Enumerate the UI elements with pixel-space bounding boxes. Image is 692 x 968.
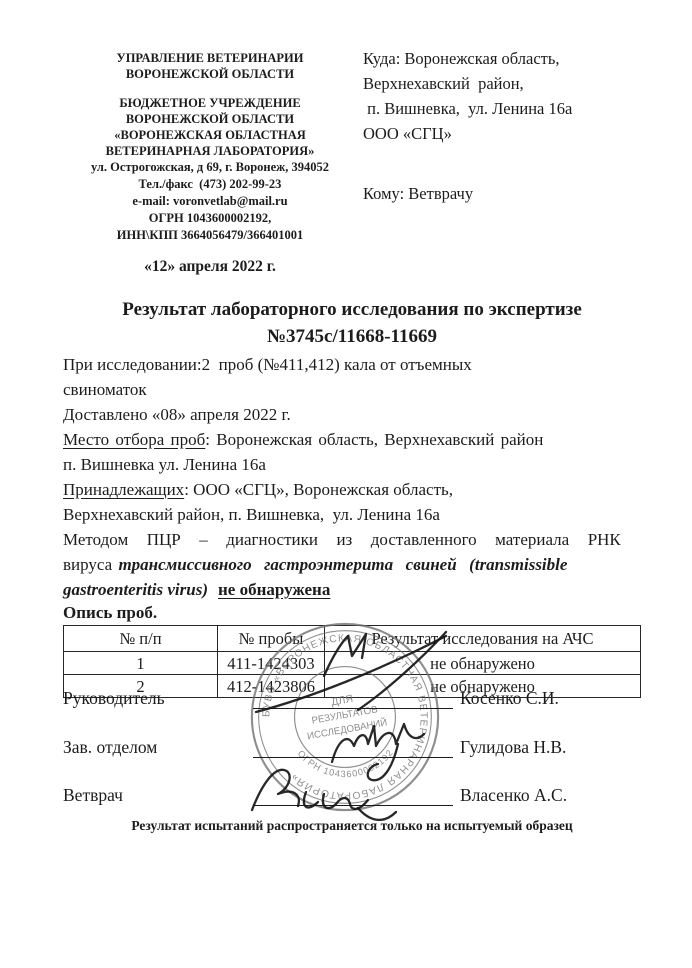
method-virus-name: трансмиссивного гастроэнтерита свиней (t… <box>118 555 567 574</box>
owner-line: Верхнехавский район, п. Вишневка, ул. Ле… <box>63 502 641 527</box>
sender-institution-line: ВЕТЕРИНАРНАЯ ЛАБОРАТОРИЯ» <box>62 143 358 159</box>
owner-line: Принадлежащих: ООО «СГЦ», Воронежская об… <box>63 477 641 502</box>
method-line: gastroenteritis virus)не обнаружена <box>63 577 641 602</box>
sender-institution-line: БЮДЖЕТНОЕ УЧРЕЖДЕНИЕ <box>62 95 358 111</box>
delivered-line: Доставлено «08» апреля 2022 г. <box>63 402 641 427</box>
sender-inn-kpp: ИНН\КПП 3664056479/366401001 <box>62 227 358 244</box>
sampling-place-line: Место отбора проб: Воронежская область, … <box>63 427 641 452</box>
sender-management-line: УПРАВЛЕНИЕ ВЕТЕРИНАРИИ <box>62 50 358 66</box>
sender-ogrn: ОГРН 1043600002192, <box>62 210 358 227</box>
sampling-place-value: : Воронежская область, Верхнехавский рай… <box>205 430 543 449</box>
owner-value: : ООО «СГЦ», Воронежская область, <box>184 480 453 499</box>
recipient-address-line: Верхнехавский район, <box>363 71 683 96</box>
document-title-line1: Результат лабораторного исследования по … <box>63 296 641 323</box>
signature-role: Ветврач <box>63 785 123 806</box>
signature-role: Руководитель <box>63 688 165 709</box>
sampling-place-line: п. Вишневка ул. Ленина 16а <box>63 452 641 477</box>
research-line: При исследовании:2 проб (№411,412) кала … <box>63 352 641 377</box>
recipient-whom: Кому: Ветврачу <box>363 181 683 206</box>
sender-email: e-mail: voronvetlab@mail.ru <box>62 193 358 210</box>
recipient-address-line: Куда: Воронежская область, <box>363 46 683 71</box>
method-line: Методом ПЦР – диагностики из доставленно… <box>63 527 641 552</box>
handwritten-signatures <box>240 612 480 822</box>
sender-phone: Тел./факс (473) 202-99-23 <box>62 176 358 193</box>
footer-note: Результат испытаний распространяется тол… <box>63 818 641 834</box>
method-prefix: вируса <box>63 555 118 574</box>
recipient-block: Куда: Воронежская область, Верхнехавский… <box>363 46 683 206</box>
signature-role: Зав. отделом <box>63 737 157 758</box>
research-line: свиноматок <box>63 377 641 402</box>
sampling-place-label: Место отбора проб <box>63 430 205 449</box>
method-virus-name: gastroenteritis virus) <box>63 580 208 599</box>
veterinarian-autograph <box>252 770 396 820</box>
body-text: При исследовании:2 проб (№411,412) кала … <box>63 352 641 624</box>
sender-block: УПРАВЛЕНИЕ ВЕТЕРИНАРИИ ВОРОНЕЖСКОЙ ОБЛАС… <box>62 50 358 276</box>
recipient-address-line: ООО «СГЦ» <box>363 121 683 146</box>
sender-management-line: ВОРОНЕЖСКОЙ ОБЛАСТИ <box>62 66 358 82</box>
department-head-autograph <box>332 724 424 780</box>
director-autograph <box>256 632 446 712</box>
sender-institution-line: ВОРОНЕЖСКОЙ ОБЛАСТИ <box>62 111 358 127</box>
sender-address: ул. Острогожская, д 69, г. Воронеж, 3940… <box>62 159 358 176</box>
scanned-document-page: УПРАВЛЕНИЕ ВЕТЕРИНАРИИ ВОРОНЕЖСКОЙ ОБЛАС… <box>0 0 692 968</box>
sender-institution-line: «ВОРОНЕЖСКАЯ ОБЛАСТНАЯ <box>62 127 358 143</box>
owner-label: Принадлежащих <box>63 480 184 499</box>
recipient-address-line: п. Вишневка, ул. Ленина 16а <box>363 96 683 121</box>
document-title-line2: №3745с/11668-11669 <box>63 323 641 350</box>
document-date: «12» апреля 2022 г. <box>62 258 358 276</box>
test-result: не обнаружена <box>218 580 330 599</box>
method-line: вируса трансмиссивного гастроэнтерита св… <box>63 552 641 577</box>
cell-number: 1 <box>64 652 218 675</box>
col-header-number: № п/п <box>64 626 218 652</box>
